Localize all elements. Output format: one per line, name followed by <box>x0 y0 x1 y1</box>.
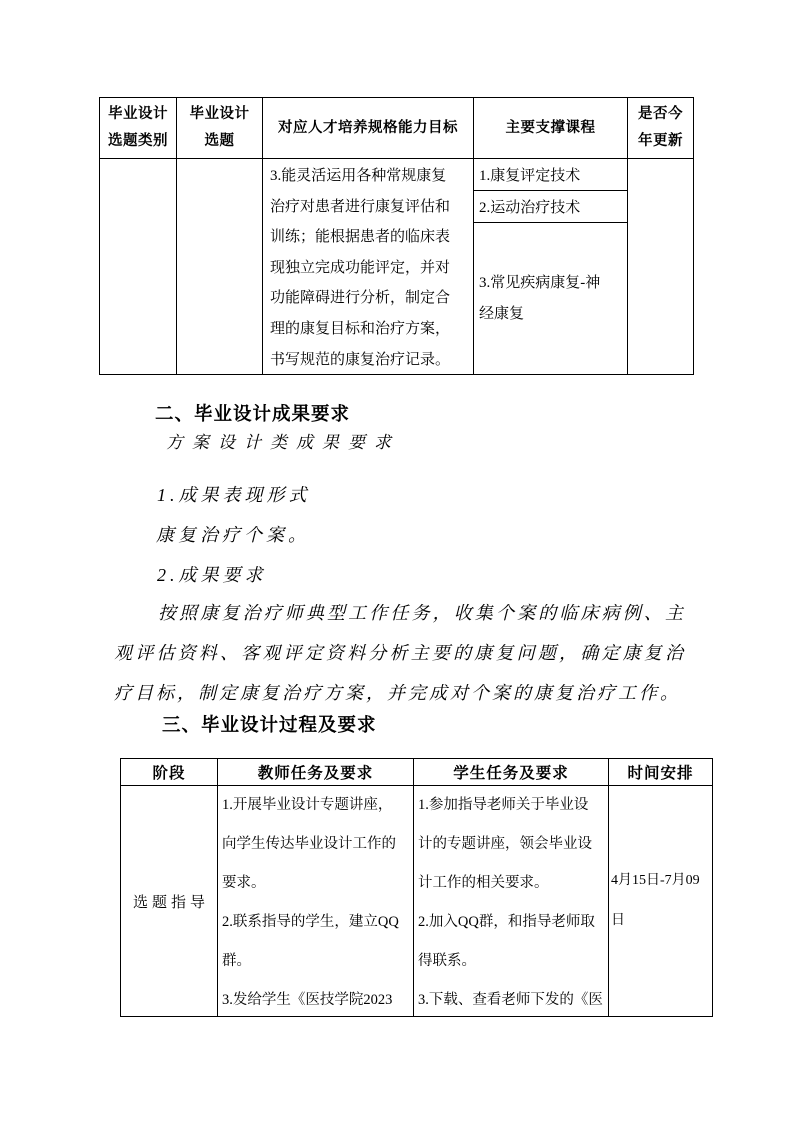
header-topic-category: 毕业设计 选题类别 <box>100 98 177 159</box>
cell-course-3: 3.常见疾病康复-神 经康复 <box>474 223 628 374</box>
header-topic: 毕业设计 选题 <box>177 98 263 159</box>
cell-topic <box>177 159 263 374</box>
section-heading-process: 三、毕业设计过程及要求 <box>162 711 377 737</box>
cell-course-2: 2.运动治疗技术 <box>474 191 628 223</box>
item-2-title: 2.成果要求 <box>157 561 267 587</box>
cell-course-1: 1.康复评定技术 <box>474 159 628 191</box>
header-teacher-tasks: 教师任务及要求 <box>218 759 414 786</box>
process-table: 阶段 教师任务及要求 学生任务及要求 时间安排 选题指导 1.开展毕业设计专题讲… <box>120 758 713 1017</box>
item-2-body: 按照康复治疗师典型工作任务，收集个案的临床病例、主观评估资料、客观评定资料分析主… <box>114 593 686 713</box>
section-heading-results: 二、毕业设计成果要求 <box>155 400 350 426</box>
cell-ability-goals: 3.能灵活运用各种常规康复 治疗对患者进行康复评估和 训练；能根据患者的临床表 … <box>263 159 474 374</box>
document-page: 毕业设计 选题类别 毕业设计 选题 对应人才培养规格能力目标 主要支撑课程 是否… <box>0 0 793 1122</box>
subheading-scheme-design: 方案设计类成果要求 <box>166 428 400 453</box>
header-support-courses: 主要支撑课程 <box>474 98 628 159</box>
item-1-body: 康复治疗个案。 <box>156 521 310 547</box>
header-student-tasks: 学生任务及要求 <box>414 759 609 786</box>
header-ability-goals: 对应人才培养规格能力目标 <box>263 98 474 159</box>
cell-stage: 选题指导 <box>121 786 218 1016</box>
cell-student-tasks: 1.参加指导老师关于毕业设 计的专题讲座，领会毕业设 计工作的相关要求。 2.加… <box>414 786 609 1016</box>
cell-updated-this-year <box>628 159 693 374</box>
item-1-title: 1.成果表现形式 <box>157 481 311 507</box>
cell-time-schedule: 4月15日-7月09 日 <box>609 786 712 1016</box>
topic-table: 毕业设计 选题类别 毕业设计 选题 对应人才培养规格能力目标 主要支撑课程 是否… <box>99 97 694 375</box>
header-updated-this-year: 是否今 年更新 <box>628 98 693 159</box>
cell-topic-category <box>100 159 177 374</box>
header-stage: 阶段 <box>121 759 218 786</box>
header-time-schedule: 时间安排 <box>609 759 712 786</box>
cell-teacher-tasks: 1.开展毕业设计专题讲座， 向学生传达毕业设计工作的 要求。 2.联系指导的学生… <box>218 786 414 1016</box>
